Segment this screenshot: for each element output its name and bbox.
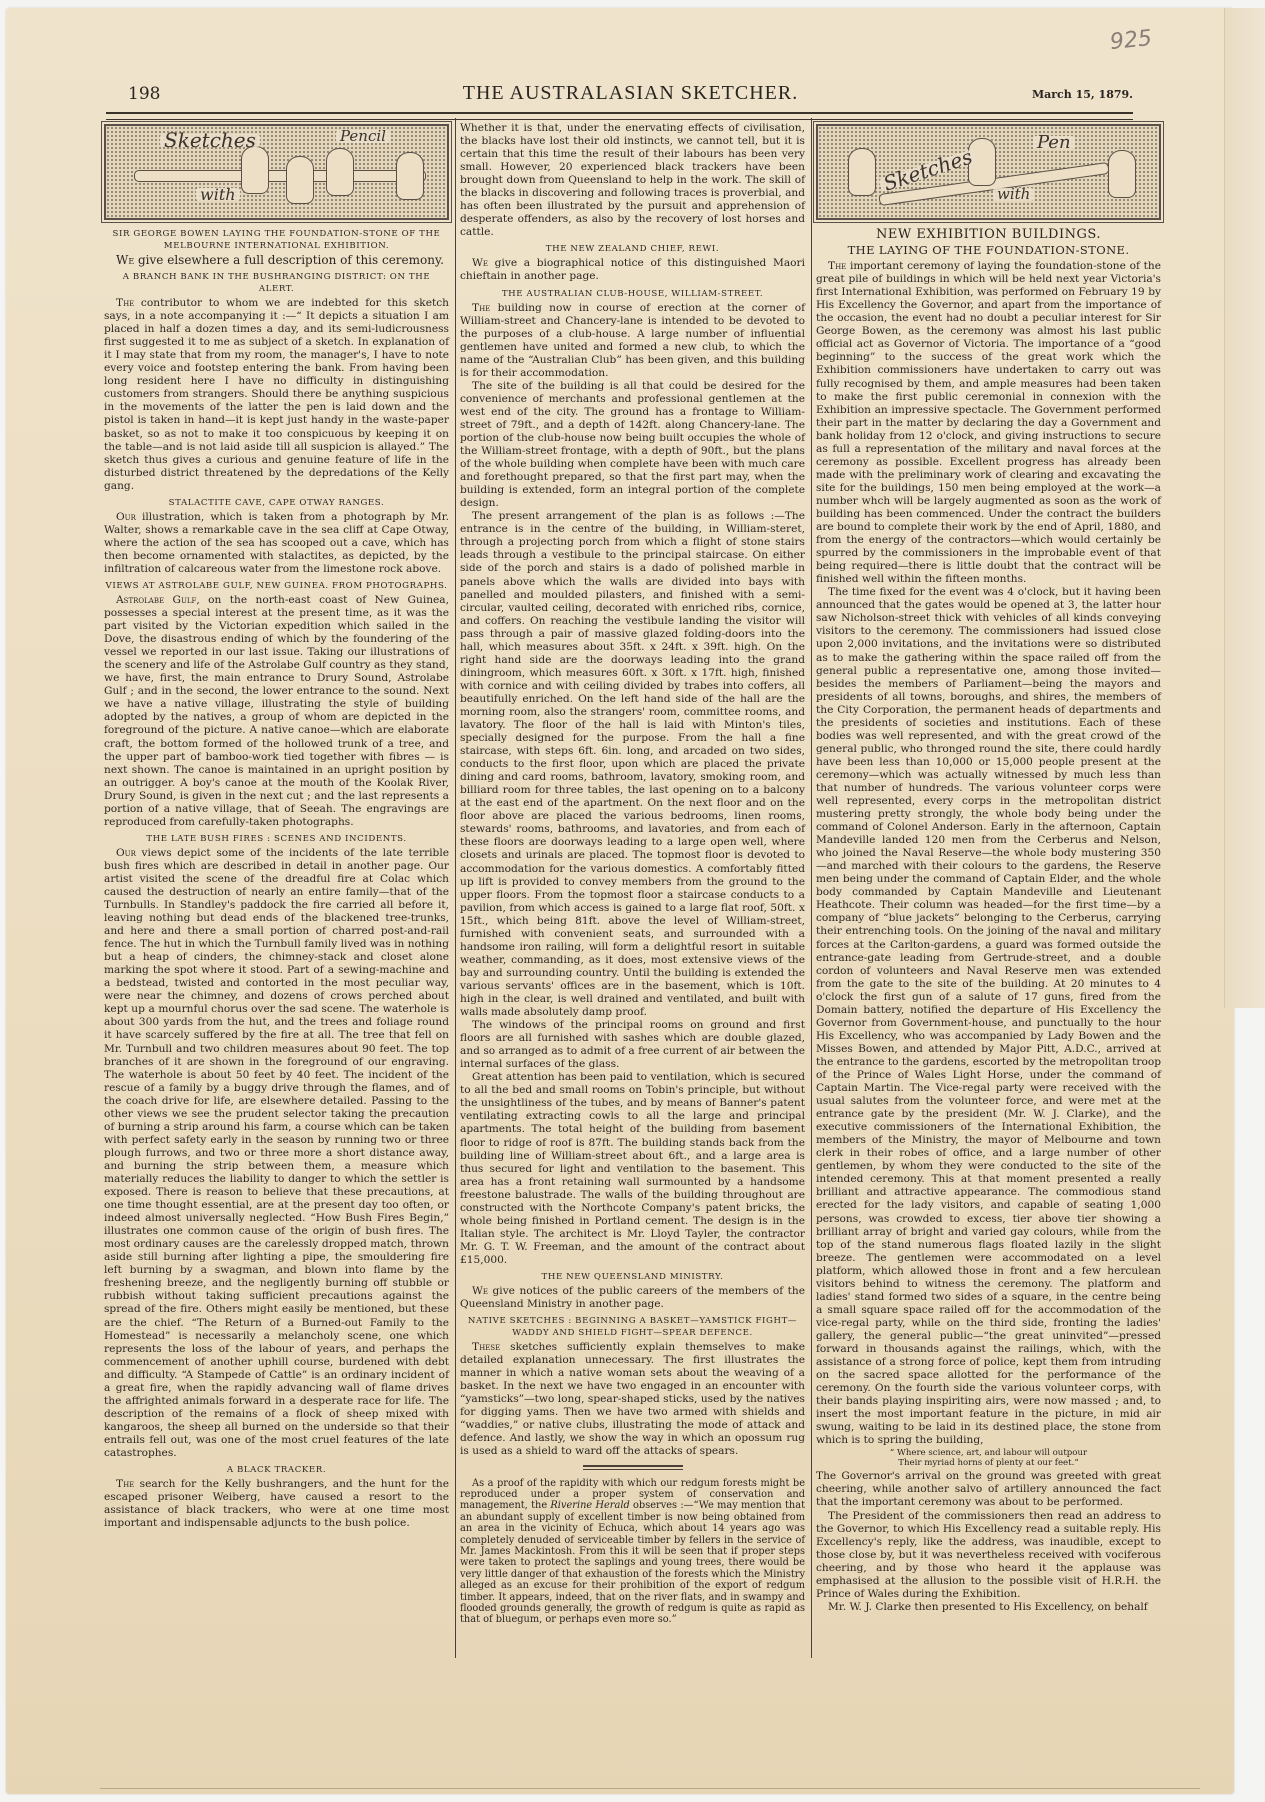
banner-word: Sketches <box>160 134 260 147</box>
article-body: Our illustration, which is taken from a … <box>104 511 449 576</box>
cherub-figure <box>396 152 424 200</box>
verse-line: Their myriad horns of plenty at our feet… <box>816 1458 1161 1468</box>
issue-date: March 15, 1879. <box>1032 88 1133 101</box>
banner-word: Pen <box>1033 136 1075 149</box>
left-column: Sketches with Pencil SIR GEORGE BOWEN LA… <box>104 122 449 1530</box>
article-body: These sketches sufficiently explain them… <box>460 1341 805 1458</box>
verse-line: “ Where science, art, and labour will ou… <box>816 1448 1161 1458</box>
article-heading: THE AUSTRALIAN CLUB-HOUSE, WILLIAM-STREE… <box>460 288 805 300</box>
article-body: We give notices of the public careers of… <box>460 1285 805 1311</box>
article-body: The Governor's arrival on the ground was… <box>816 1470 1161 1509</box>
article-heading: THE LATE BUSH FIRES : SCENES AND INCIDEN… <box>104 833 449 845</box>
banner-word: with <box>993 188 1034 201</box>
article-title: NEW EXHIBITION BUILDINGS. <box>816 228 1161 241</box>
winged-cherub-figure <box>848 148 876 196</box>
page-bottom-edge <box>100 1788 1200 1789</box>
article-body: The search for the Kelly bushrangers, an… <box>104 1478 449 1530</box>
article-continuation: Whether it is that, under the enervating… <box>460 122 805 239</box>
masthead-rule <box>106 112 1133 120</box>
article-heading: NATIVE SKETCHES : BEGINNING A BASKET—YAM… <box>460 1315 805 1339</box>
torn-page-edge <box>1224 8 1265 1008</box>
article-body: Great attention has been paid to ventila… <box>460 1071 805 1267</box>
cherub-figure <box>286 156 314 204</box>
article-heading: THE NEW ZEALAND CHIEF, REWI. <box>460 243 805 255</box>
winged-cherub-figure <box>1108 150 1136 198</box>
article-heading: SIR GEORGE BOWEN LAYING THE FOUNDATION-S… <box>104 228 449 252</box>
article-body: The important ceremony of laying the fou… <box>816 260 1161 586</box>
article-body: We give elsewhere a full description of … <box>104 254 449 267</box>
article-body: The building now in course of erection a… <box>460 302 805 380</box>
banner-word: with <box>196 188 240 201</box>
article-body: Astrolabe Gulf, on the north-east coast … <box>104 594 449 829</box>
sketches-with-pencil-banner: Sketches with Pencil <box>104 124 449 220</box>
article-body: The time fixed for the event was 4 o'clo… <box>816 586 1161 1447</box>
article-heading: STALACTITE CAVE, CAPE OTWAY RANGES. <box>104 497 449 509</box>
redgum-note: As a proof of the rapidity with which ou… <box>460 1478 805 1626</box>
column-divider <box>811 118 812 1658</box>
verse-quote: “ Where science, art, and labour will ou… <box>816 1448 1161 1468</box>
handwritten-page-note: 925 <box>1109 26 1153 55</box>
newspaper-title: THE AUSTRALASIAN SKETCHER. <box>128 82 1133 105</box>
sketches-with-pen-banner: Sketches with Pen <box>816 124 1161 220</box>
article-body: The windows of the principal rooms on gr… <box>460 1019 805 1071</box>
article-body: Mr. W. J. Clarke then presented to His E… <box>816 1601 1161 1614</box>
article-heading: A BLACK TRACKER. <box>104 1464 449 1476</box>
article-body: The site of the building is all that cou… <box>460 380 805 510</box>
article-body: The present arrangement of the plan is a… <box>460 510 805 1019</box>
article-body: The contributor to whom we are indebted … <box>104 297 449 493</box>
banner-word: Pencil <box>336 130 390 143</box>
article-subtitle: THE LAYING OF THE FOUNDATION-STONE. <box>816 244 1161 257</box>
pencil-illustration <box>134 170 426 182</box>
article-heading: THE NEW QUEENSLAND MINISTRY. <box>460 1271 805 1283</box>
article-body: The President of the commissioners then … <box>816 1510 1161 1601</box>
cherub-figure <box>326 148 354 196</box>
section-rule <box>583 1465 683 1470</box>
cherub-figure <box>241 146 269 194</box>
middle-column: Whether it is that, under the enervating… <box>460 122 805 1626</box>
article-heading: VIEWS AT ASTROLABE GULF, NEW GUINEA. FRO… <box>104 580 449 592</box>
right-column: Sketches with Pen NEW EXHIBITION BUILDIN… <box>816 122 1161 1614</box>
article-heading: A BRANCH BANK IN THE BUSHRANGING DISTRIC… <box>104 271 449 295</box>
article-body: Our views depict some of the incidents o… <box>104 847 449 1460</box>
article-body: We give a biographical notice of this di… <box>460 257 805 283</box>
column-divider <box>455 118 456 1658</box>
masthead: 198 THE AUSTRALASIAN SKETCHER. March 15,… <box>128 80 1133 112</box>
